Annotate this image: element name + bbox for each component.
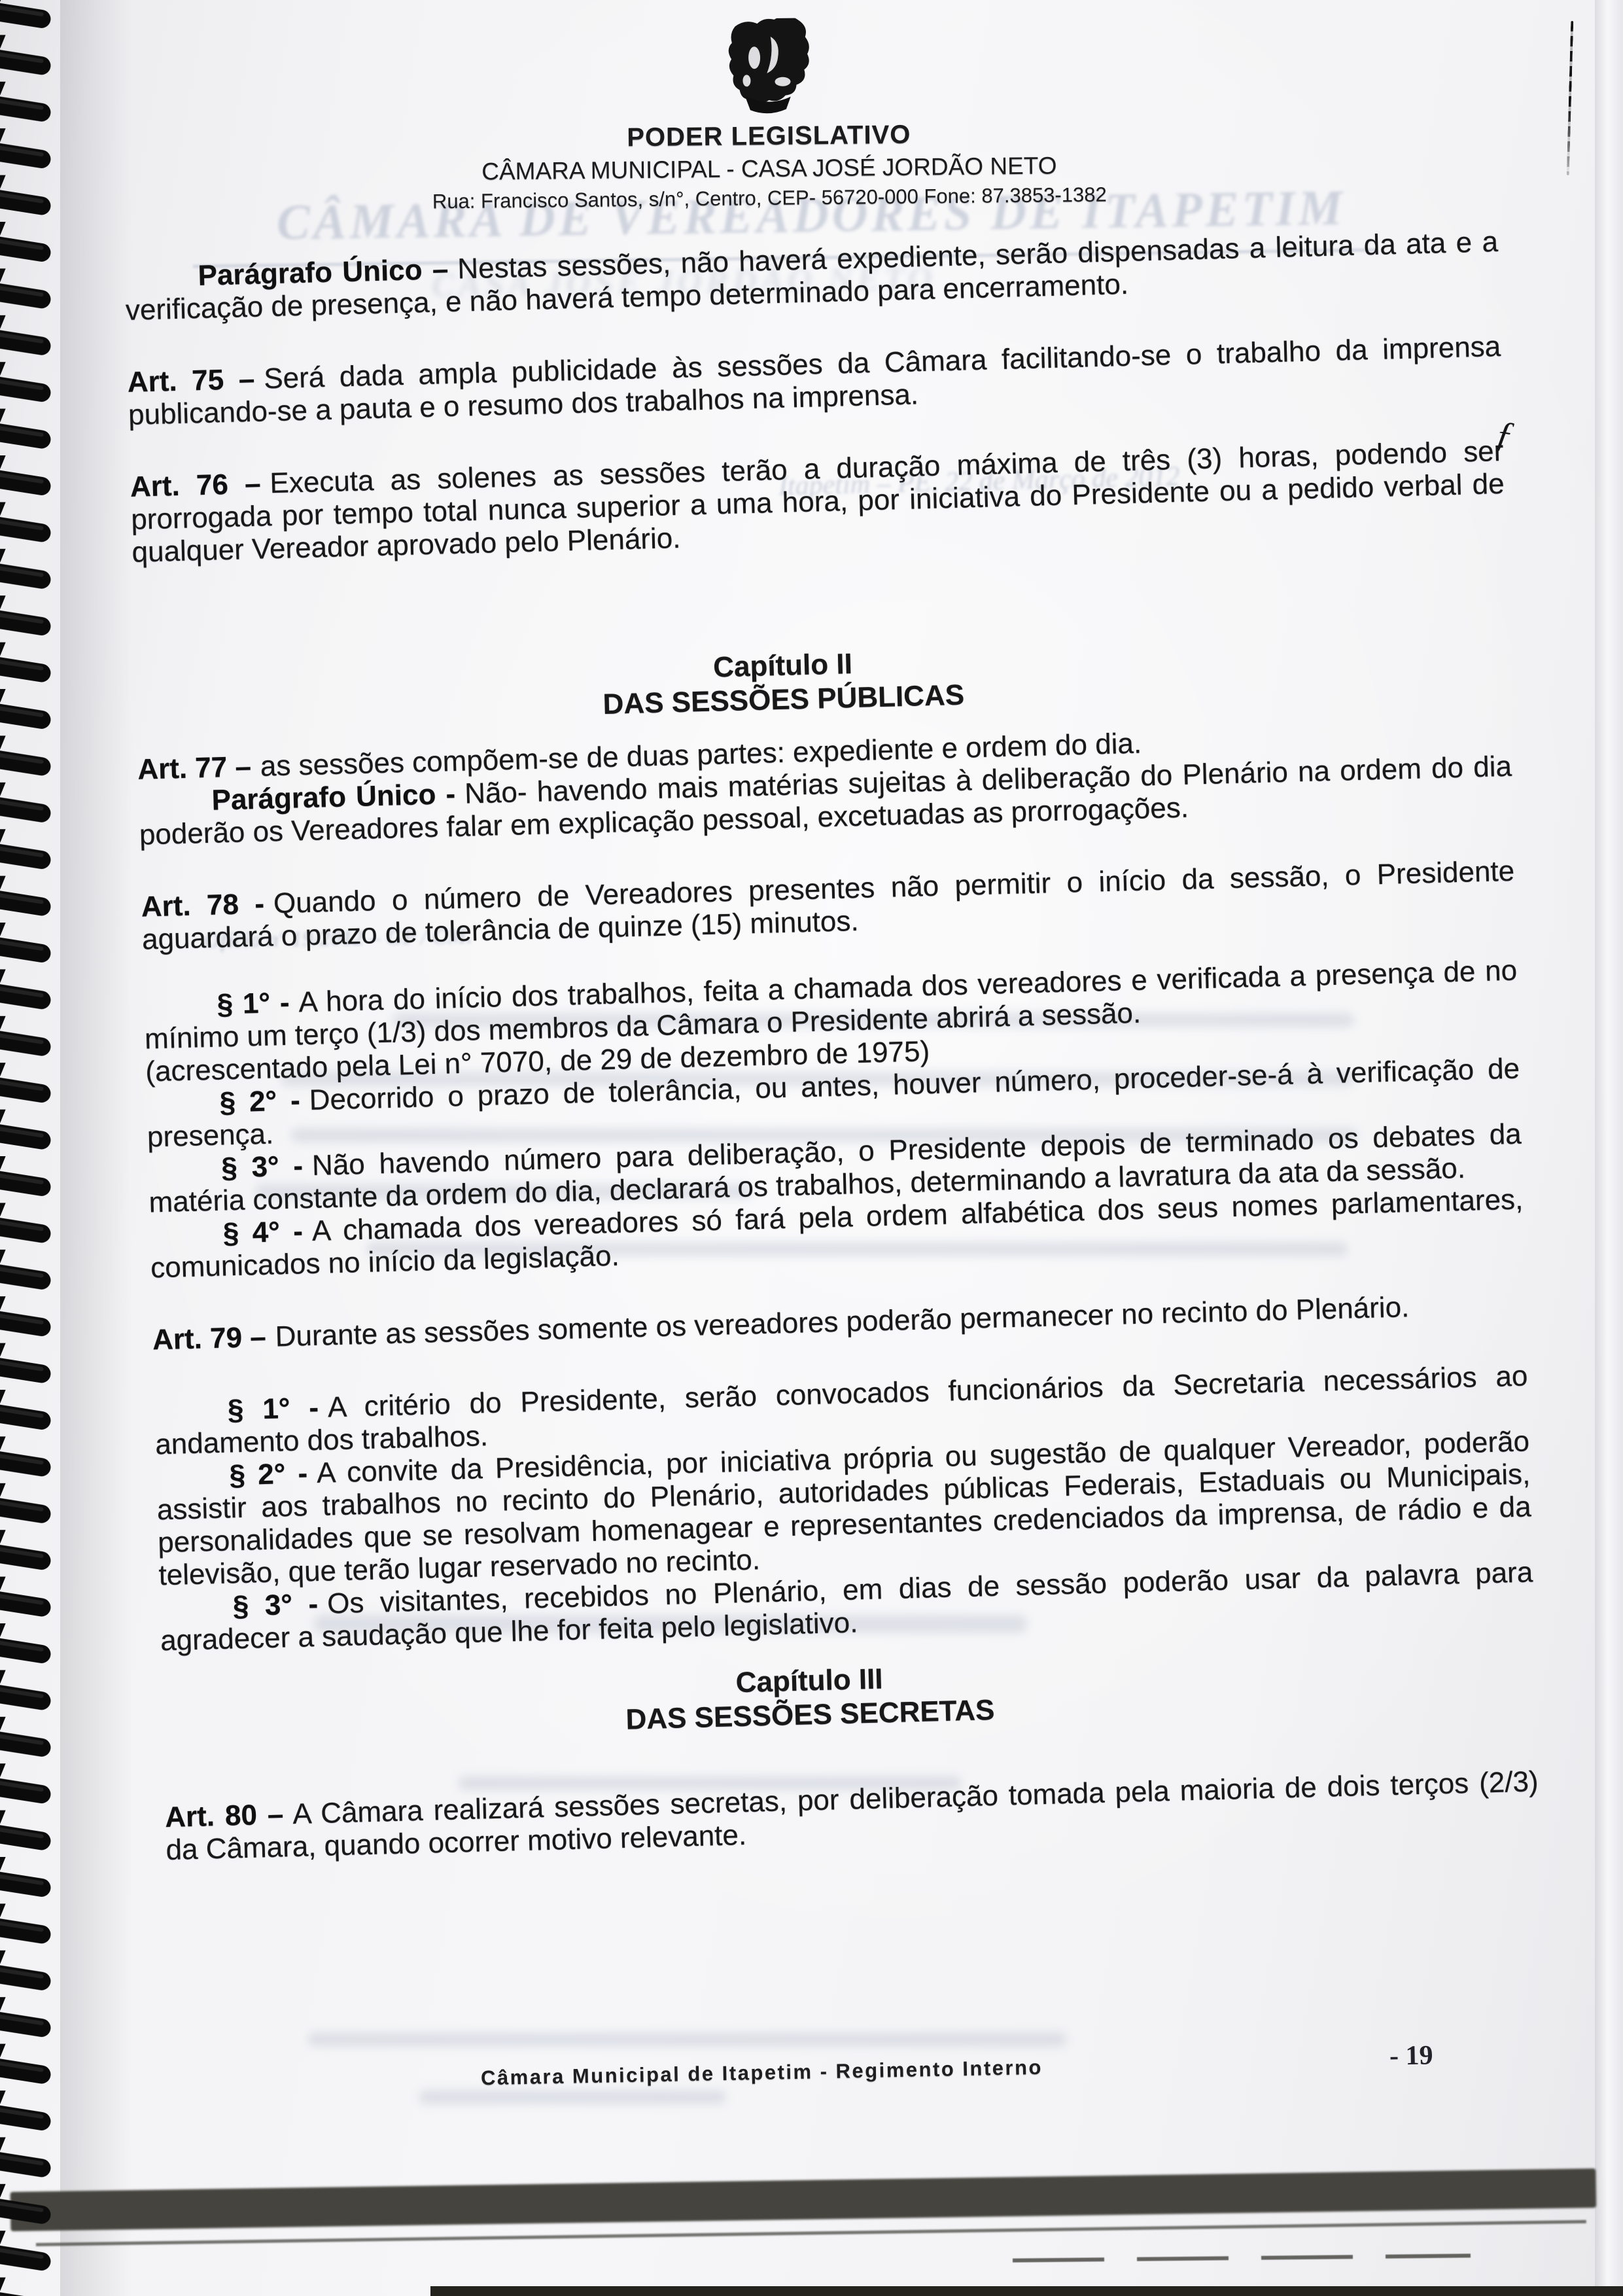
ghost-smudge — [307, 2032, 1066, 2047]
scan-bottom-edge — [430, 2286, 1623, 2296]
paragraph-text: Será dada ampla publicidade às sessões d… — [128, 330, 1501, 431]
page-right-edge — [1595, 0, 1623, 2296]
paragraph-lead: Art. 78 - — [141, 888, 264, 923]
paragraph-text: Quando o número de Vereadores presentes … — [141, 855, 1514, 956]
paragraph-lead: § 3° - — [232, 1588, 319, 1622]
paragraph-lead: Art. 76 – — [130, 468, 261, 503]
spiral-binding — [0, 0, 118, 2296]
paragraph-art-79: Art. 79 –Durante as sessões somente os v… — [152, 1288, 1527, 1356]
page-number: - 19 — [1389, 2040, 1433, 2072]
ghost-smudge — [419, 2090, 726, 2104]
paragraph-lead: § 3° - — [221, 1150, 304, 1184]
paragraph-lead: § 2° - — [219, 1084, 300, 1118]
header-branch-title: PODER LEGISLATIVO — [298, 116, 1240, 156]
paragraph-lead: Art. 75 – — [127, 363, 255, 398]
paragraph-lead: Art. 79 – — [152, 1321, 267, 1356]
scanned-document-page: { "header": { "logo": "municipal-crest-l… — [0, 0, 1623, 2296]
paragraph-art-78: Art. 78 -Quando o número de Vereadores p… — [141, 855, 1516, 957]
paragraph-lead: Art. 80 – — [165, 1798, 284, 1833]
header-institution-name: CÂMARA MUNICIPAL - CASA JOSÉ JORDÃO NETO — [298, 150, 1240, 187]
paragraph-lead: Parágrafo Único - — [211, 778, 456, 817]
paragraph-text: Durante as sessões somente os vereadores… — [275, 1291, 1410, 1352]
paragraph-text: Executa as solenes as sessões terão a du… — [131, 435, 1505, 569]
paragraph-lead: § 2° - — [229, 1457, 308, 1491]
document-body: Parágrafo Único –Nestas sessões, não hav… — [124, 226, 1540, 1867]
paragraph-lead: Art. 77 – — [137, 751, 252, 786]
paragraph-lead: § 1° - — [217, 987, 290, 1021]
paragraph-lead: § 4° - — [222, 1215, 303, 1249]
chapter-2-heading: Capítulo II DAS SESSÕES PÚBLICAS — [96, 631, 1471, 735]
paragraph-lead: Parágrafo Único – — [198, 253, 449, 292]
chapter-3-heading: Capítulo III DAS SESSÕES SECRETAS — [122, 1646, 1497, 1750]
paragraph-lead: § 1° - — [227, 1392, 319, 1426]
municipal-crest-logo — [297, 13, 1240, 122]
paragraph-art-75: Art. 75 –Será dada ampla publicidade às … — [127, 330, 1502, 432]
paragraph-art-76: Art. 76 –Executa as solenes as sessões t… — [130, 435, 1505, 569]
document-header: PODER LEGISLATIVO CÂMARA MUNICIPAL - CAS… — [297, 13, 1241, 215]
